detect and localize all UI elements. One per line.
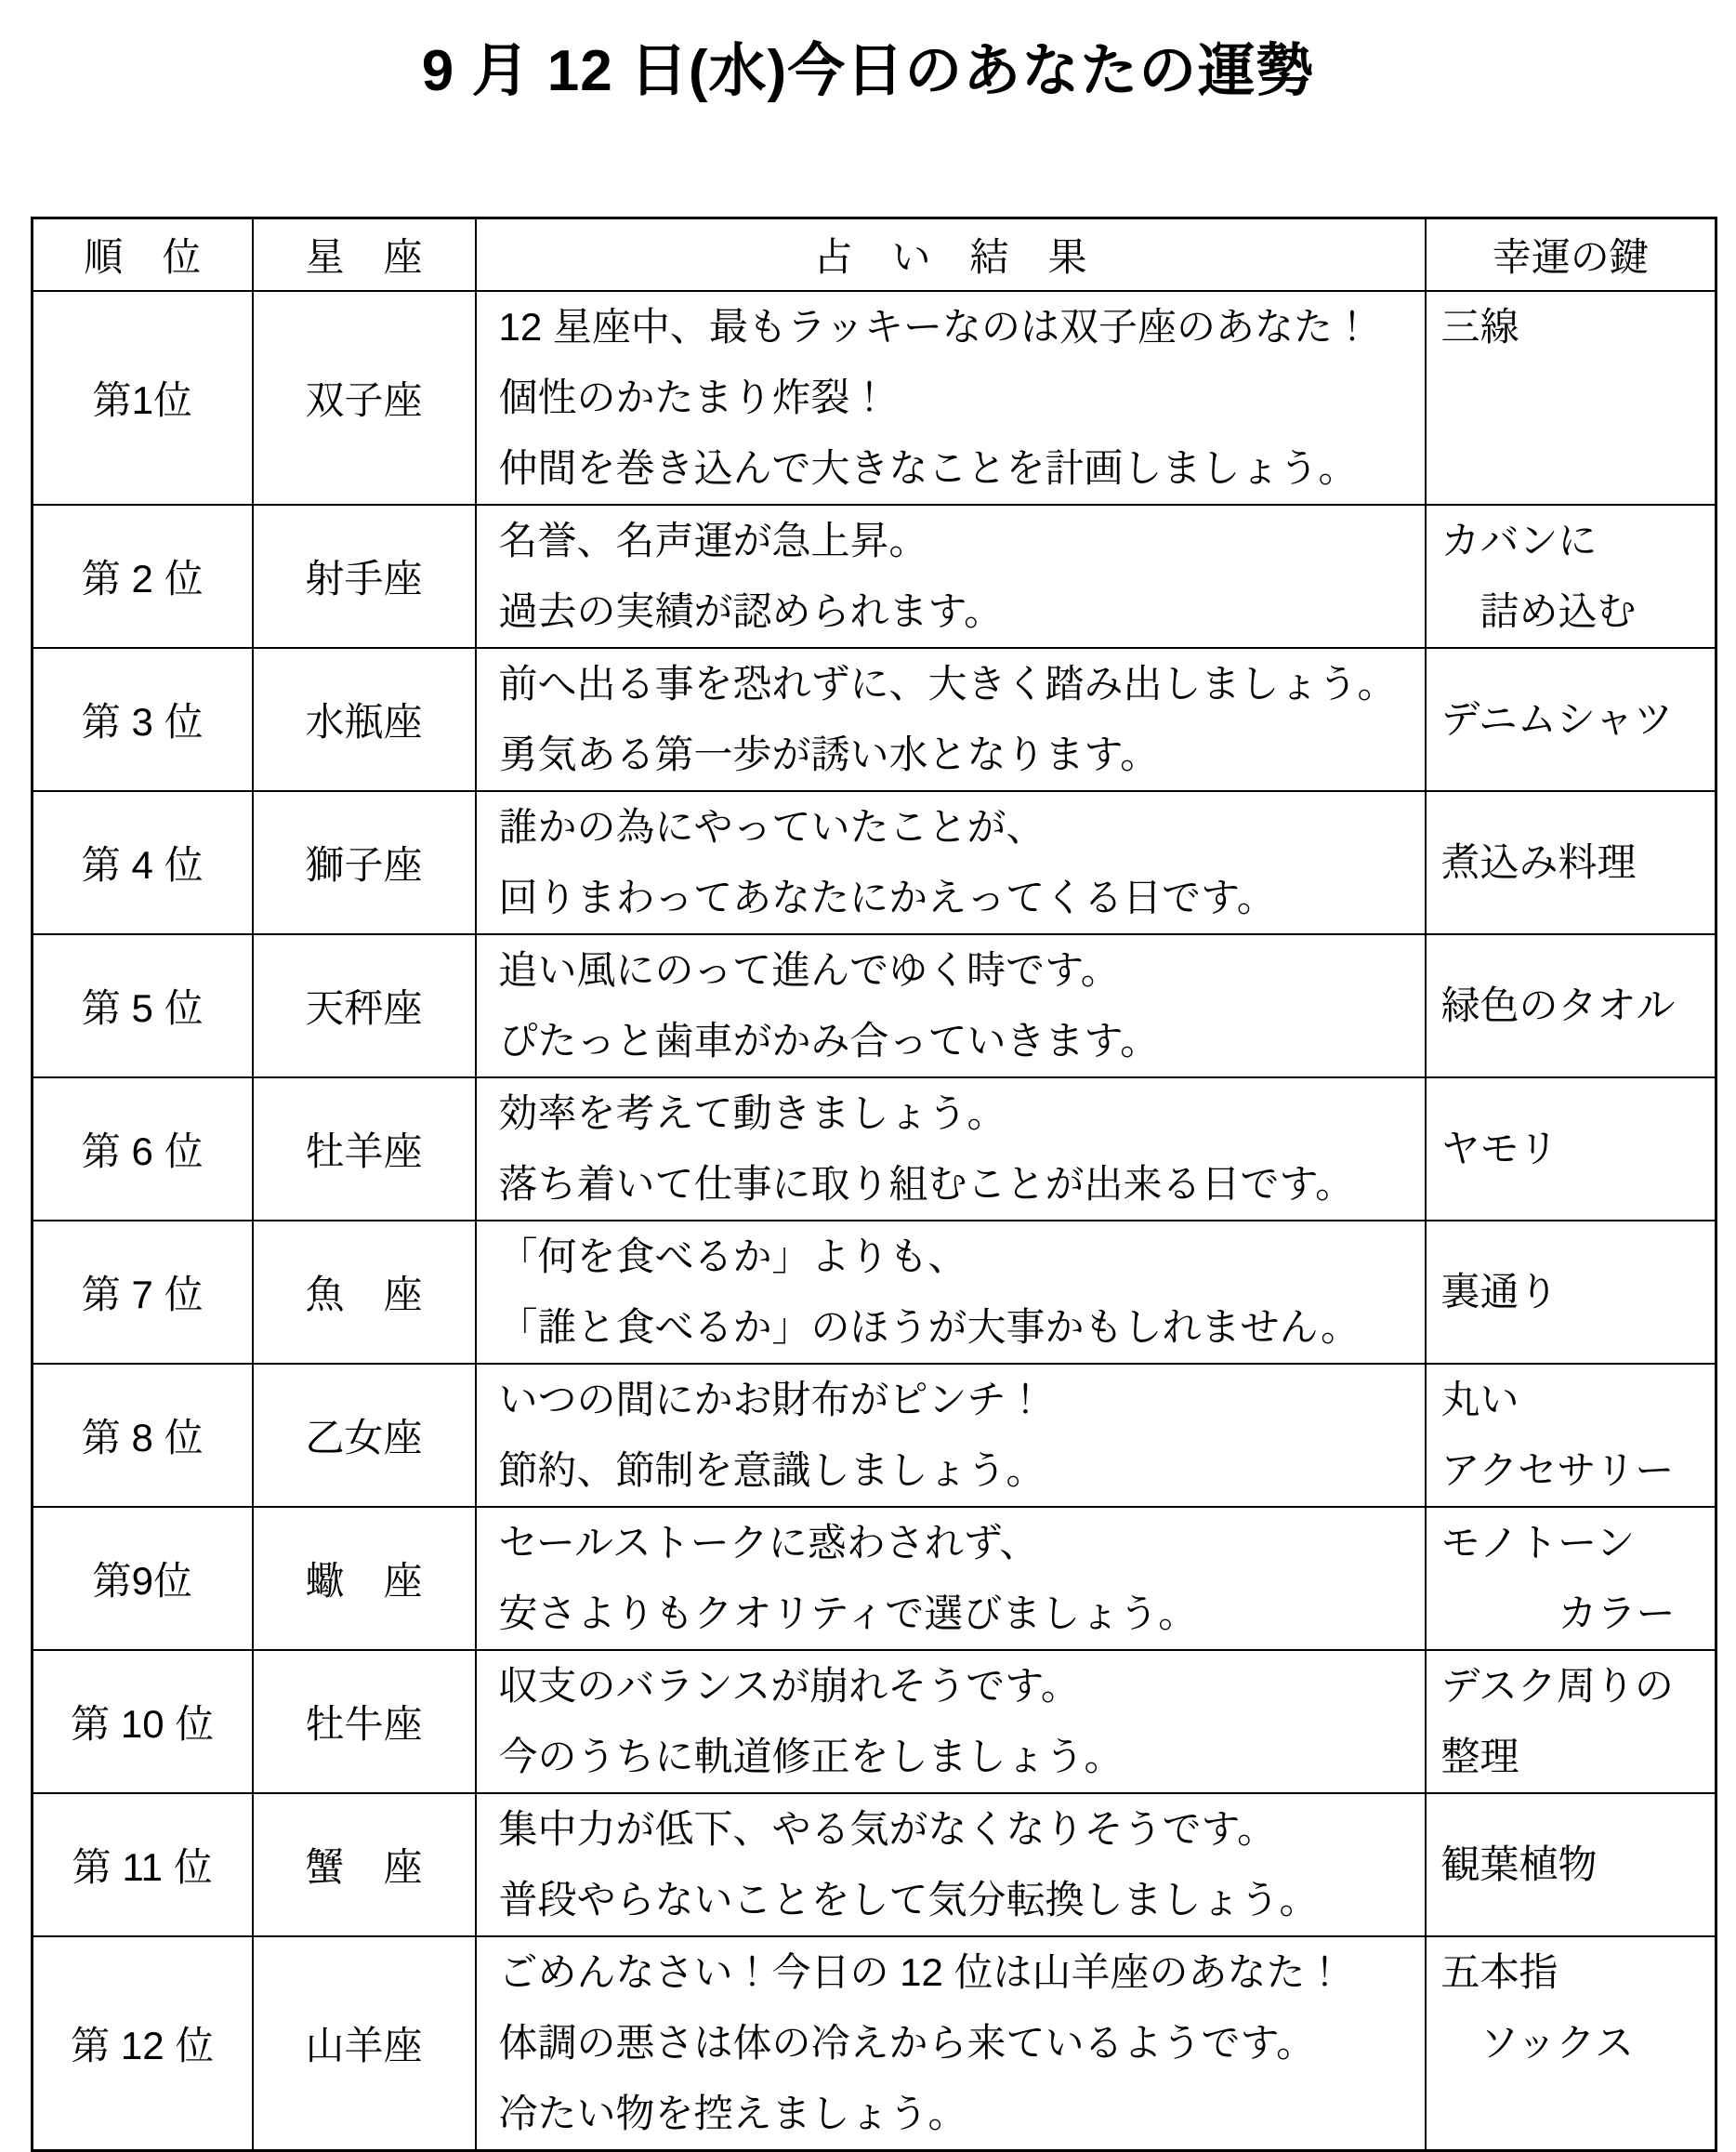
lucky-line: 丸い bbox=[1441, 1365, 1716, 1435]
lucky-line: 五本指 bbox=[1441, 1937, 1716, 2008]
lucky-line: 煮込み料理 bbox=[1441, 827, 1716, 898]
header-result: 占 い 結 果 bbox=[476, 218, 1426, 292]
fortune-line: 安さよりもクオリティで選びましょう。 bbox=[499, 1578, 1425, 1649]
fortune-cell: 効率を考えて動きましょう。 落ち着いて仕事に取り組むことが出来る日です。 bbox=[476, 1077, 1426, 1221]
rank-cell: 第 10 位 bbox=[33, 1650, 253, 1793]
fortune-line: 冷たい物を控えましょう。 bbox=[499, 2079, 1425, 2149]
fortune-line: 体調の悪さは体の冷えから来ているようです。 bbox=[499, 2008, 1425, 2079]
lucky-cell: 観葉植物 bbox=[1426, 1793, 1716, 1936]
fortune-cell: 前へ出る事を恐れずに、大きく踏み出しましょう。 勇気ある第一歩が誘い水となります… bbox=[476, 648, 1426, 791]
fortune-cell: 12 星座中、最もラッキーなのは双子座のあなた！ 個性のかたまり炸裂！ 仲間を巻… bbox=[476, 291, 1426, 505]
lucky-cell: 三線 bbox=[1426, 291, 1716, 505]
fortune-line: 勇気ある第一歩が誘い水となります。 bbox=[499, 720, 1425, 790]
lucky-line: デニムシャツ bbox=[1441, 684, 1716, 755]
fortune-line: いつの間にかお財布がピンチ！ bbox=[499, 1365, 1425, 1435]
fortune-line: 追い風にのって進んでゆく時です。 bbox=[499, 935, 1425, 1006]
table-row: 第 12 位 山羊座 ごめんなさい！今日の 12 位は山羊座のあなた！ 体調の悪… bbox=[33, 1936, 1716, 2151]
sign-cell: 蠍 座 bbox=[253, 1507, 476, 1650]
table-row: 第 4 位 獅子座 誰かの為にやっていたことが、 回りまわってあなたにかえってく… bbox=[33, 791, 1716, 934]
fortune-cell: 誰かの為にやっていたことが、 回りまわってあなたにかえってくる日です。 bbox=[476, 791, 1426, 934]
table-row: 第 10 位 牡牛座 収支のバランスが崩れそうです。 今のうちに軌道修正をしまし… bbox=[33, 1650, 1716, 1793]
table-row: 第 8 位 乙女座 いつの間にかお財布がピンチ！ 節約、節制を意識しましょう。 … bbox=[33, 1364, 1716, 1507]
lucky-line: カラー bbox=[1441, 1578, 1716, 1649]
lucky-line: 詰め込む bbox=[1441, 576, 1716, 647]
fortune-table: 順 位 星 座 占 い 結 果 幸運の鍵 第1位 双子座 12 星座中、最もラッ… bbox=[31, 217, 1717, 2152]
sign-cell: 天秤座 bbox=[253, 934, 476, 1077]
lucky-cell: デスク周りの 整理 bbox=[1426, 1650, 1716, 1793]
sign-cell: 魚 座 bbox=[253, 1221, 476, 1364]
table-row: 第 3 位 水瓶座 前へ出る事を恐れずに、大きく踏み出しましょう。 勇気ある第一… bbox=[33, 648, 1716, 791]
fortune-line: 「誰と食べるか」のほうが大事かもしれません。 bbox=[499, 1292, 1425, 1363]
sign-cell: 蟹 座 bbox=[253, 1793, 476, 1936]
rank-cell: 第9位 bbox=[33, 1507, 253, 1650]
rank-cell: 第 3 位 bbox=[33, 648, 253, 791]
fortune-line: 効率を考えて動きましょう。 bbox=[499, 1078, 1425, 1149]
fortune-line: ぴたっと歯車がかみ合っていきます。 bbox=[499, 1006, 1425, 1076]
rank-cell: 第 11 位 bbox=[33, 1793, 253, 1936]
fortune-cell: 収支のバランスが崩れそうです。 今のうちに軌道修正をしましょう。 bbox=[476, 1650, 1426, 1793]
lucky-cell: モノトーン カラー bbox=[1426, 1507, 1716, 1650]
sign-cell: 乙女座 bbox=[253, 1364, 476, 1507]
fortune-cell: 集中力が低下、やる気がなくなりそうです。 普段やらないことをして気分転換しましょ… bbox=[476, 1793, 1426, 1936]
fortune-line: 節約、節制を意識しましょう。 bbox=[499, 1435, 1425, 1506]
fortune-line: 「何を食べるか」よりも、 bbox=[499, 1221, 1425, 1292]
header-rank: 順 位 bbox=[33, 218, 253, 292]
lucky-cell: デニムシャツ bbox=[1426, 648, 1716, 791]
lucky-line: アクセサリー bbox=[1441, 1435, 1716, 1506]
fortune-cell: セールストークに惑わされず、 安さよりもクオリティで選びましょう。 bbox=[476, 1507, 1426, 1650]
lucky-line: 裏通り bbox=[1441, 1257, 1716, 1327]
rank-cell: 第 8 位 bbox=[33, 1364, 253, 1507]
fortune-cell: 名誉、名声運が急上昇。 過去の実績が認められます。 bbox=[476, 505, 1426, 648]
table-row: 第 6 位 牡羊座 効率を考えて動きましょう。 落ち着いて仕事に取り組むことが出… bbox=[33, 1077, 1716, 1221]
lucky-line: 三線 bbox=[1441, 292, 1716, 363]
rank-cell: 第1位 bbox=[33, 291, 253, 505]
rank-cell: 第 6 位 bbox=[33, 1077, 253, 1221]
header-row: 順 位 星 座 占 い 結 果 幸運の鍵 bbox=[33, 218, 1716, 292]
lucky-cell: ヤモリ bbox=[1426, 1077, 1716, 1221]
lucky-cell: 煮込み料理 bbox=[1426, 791, 1716, 934]
lucky-line: ソックス bbox=[1441, 2008, 1716, 2079]
lucky-line: デスク周りの bbox=[1441, 1651, 1716, 1722]
table-row: 第1位 双子座 12 星座中、最もラッキーなのは双子座のあなた！ 個性のかたまり… bbox=[33, 291, 1716, 505]
rank-cell: 第 5 位 bbox=[33, 934, 253, 1077]
fortune-line: 誰かの為にやっていたことが、 bbox=[499, 792, 1425, 863]
fortune-line: 仲間を巻き込んで大きなことを計画しましょう。 bbox=[499, 433, 1425, 504]
lucky-cell: カバンに 詰め込む bbox=[1426, 505, 1716, 648]
fortune-line: 集中力が低下、やる気がなくなりそうです。 bbox=[499, 1794, 1425, 1865]
fortune-cell: 「何を食べるか」よりも、 「誰と食べるか」のほうが大事かもしれません。 bbox=[476, 1221, 1426, 1364]
fortune-line: 収支のバランスが崩れそうです。 bbox=[499, 1651, 1425, 1722]
lucky-line: ヤモリ bbox=[1441, 1114, 1716, 1184]
fortune-line: 12 星座中、最もラッキーなのは双子座のあなた！ bbox=[499, 292, 1425, 363]
fortune-cell: いつの間にかお財布がピンチ！ 節約、節制を意識しましょう。 bbox=[476, 1364, 1426, 1507]
lucky-cell: 裏通り bbox=[1426, 1221, 1716, 1364]
fortune-line: 今のうちに軌道修正をしましょう。 bbox=[499, 1722, 1425, 1792]
lucky-line: カバンに bbox=[1441, 506, 1716, 576]
table-row: 第9位 蠍 座 セールストークに惑わされず、 安さよりもクオリティで選びましょう… bbox=[33, 1507, 1716, 1650]
fortune-line: 個性のかたまり炸裂！ bbox=[499, 363, 1425, 433]
lucky-cell: 緑色のタオル bbox=[1426, 934, 1716, 1077]
fortune-line: 前へ出る事を恐れずに、大きく踏み出しましょう。 bbox=[499, 649, 1425, 720]
lucky-cell: 五本指 ソックス bbox=[1426, 1936, 1716, 2151]
fortune-line: 過去の実績が認められます。 bbox=[499, 576, 1425, 647]
lucky-line: モノトーン bbox=[1441, 1508, 1716, 1578]
header-sign: 星 座 bbox=[253, 218, 476, 292]
sign-cell: 水瓶座 bbox=[253, 648, 476, 791]
lucky-line: 整理 bbox=[1441, 1722, 1716, 1792]
fortune-line: 回りまわってあなたにかえってくる日です。 bbox=[499, 863, 1425, 933]
table-row: 第 2 位 射手座 名誉、名声運が急上昇。 過去の実績が認められます。 カバンに… bbox=[33, 505, 1716, 648]
sign-cell: 山羊座 bbox=[253, 1936, 476, 2151]
sign-cell: 双子座 bbox=[253, 291, 476, 505]
lucky-line: 観葉植物 bbox=[1441, 1829, 1716, 1900]
fortune-cell: ごめんなさい！今日の 12 位は山羊座のあなた！ 体調の悪さは体の冷えから来てい… bbox=[476, 1936, 1426, 2151]
rank-cell: 第 2 位 bbox=[33, 505, 253, 648]
page-title: 9 月 12 日(水)今日のあなたの運勢 bbox=[0, 0, 1736, 107]
sign-cell: 射手座 bbox=[253, 505, 476, 648]
table-row: 第 7 位 魚 座 「何を食べるか」よりも、 「誰と食べるか」のほうが大事かもし… bbox=[33, 1221, 1716, 1364]
lucky-line: 緑色のタオル bbox=[1441, 970, 1716, 1041]
fortune-line: 普段やらないことをして気分転換しましょう。 bbox=[499, 1865, 1425, 1935]
fortune-cell: 追い風にのって進んでゆく時です。 ぴたっと歯車がかみ合っていきます。 bbox=[476, 934, 1426, 1077]
sign-cell: 獅子座 bbox=[253, 791, 476, 934]
fortune-line: 名誉、名声運が急上昇。 bbox=[499, 506, 1425, 576]
fortune-line: ごめんなさい！今日の 12 位は山羊座のあなた！ bbox=[499, 1937, 1425, 2008]
rank-cell: 第 12 位 bbox=[33, 1936, 253, 2151]
rank-cell: 第 4 位 bbox=[33, 791, 253, 934]
rank-cell: 第 7 位 bbox=[33, 1221, 253, 1364]
table-row: 第 5 位 天秤座 追い風にのって進んでゆく時です。 ぴたっと歯車がかみ合ってい… bbox=[33, 934, 1716, 1077]
lucky-cell: 丸い アクセサリー bbox=[1426, 1364, 1716, 1507]
header-lucky: 幸運の鍵 bbox=[1426, 218, 1716, 292]
sign-cell: 牡牛座 bbox=[253, 1650, 476, 1793]
fortune-line: 落ち着いて仕事に取り組むことが出来る日です。 bbox=[499, 1149, 1425, 1220]
sign-cell: 牡羊座 bbox=[253, 1077, 476, 1221]
fortune-line: セールストークに惑わされず、 bbox=[499, 1508, 1425, 1578]
table-row: 第 11 位 蟹 座 集中力が低下、やる気がなくなりそうです。 普段やらないこと… bbox=[33, 1793, 1716, 1936]
